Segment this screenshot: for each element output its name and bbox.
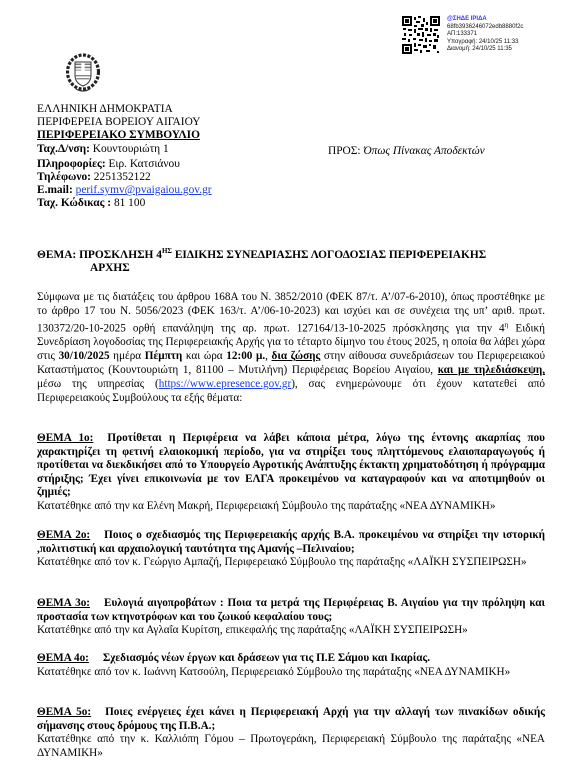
topic-question: Ποιες ενέργειες έχει κάνει η Περιφερειακ…: [37, 706, 545, 732]
email-line: E.mail: perif.symv@pvaigaiou.gov.gr: [37, 184, 212, 197]
country-name: ΕΛΛΗΝΙΚΗ ΔΗΜΟΚΡΑΤΙΑ: [37, 103, 212, 116]
epresence-link[interactable]: https://www.epresence.gov.gr: [159, 378, 291, 390]
intro-text-7: μέσω της υπηρεσίας (: [37, 378, 159, 390]
topic-1: ΘΕΜΑ 1ο:Προτίθεται η Περιφέρεια να λάβει…: [37, 432, 545, 514]
teleconference-note: και με τηλεδιάσκεψη,: [438, 364, 545, 376]
address-value: Κουντουριώτη 1: [90, 143, 169, 155]
sender-header: ΕΛΛΗΝΙΚΗ ΔΗΜΟΚΡΑΤΙΑ ΠΕΡΙΦΕΡΕΙΑ ΒΟΡΕΙΟΥ Α…: [37, 103, 212, 211]
zip-value: 81 100: [111, 197, 145, 209]
info-value: Ειρ. Κατσιάνου: [106, 158, 180, 170]
intro-text-3: ημέρα: [110, 350, 145, 362]
phone-label: Τηλέφωνο:: [37, 171, 91, 183]
meeting-date: 30/10/2025: [59, 350, 110, 362]
subject-rest: ΕΙΔΙΚΗΣ ΣΥΝΕΔΡΙΑΣΗΣ ΛΟΓΟΔΟΣΙΑΣ ΠΕΡΙΦΕΡΕΙ…: [172, 249, 486, 261]
topic-3: ΘΕΜΑ 3ο:Ευλογιά αιγοπροβάτων : Ποια τα μ…: [37, 597, 545, 638]
digital-signature-stamp: @ΣΗΔΕ ΙΡΙΔΑ 68fb3936246072edb8880f2c ΑΠ:…: [447, 16, 523, 54]
topic-submitted-by: Κατατέθηκε από την κα Ελένη Μακρή, Περιφ…: [37, 500, 545, 514]
subject-heading: ΘΕΜΑ: ΠΡΟΣΚΛΗΣΗ 4ΗΣ ΕΙΔΙΚΗΣ ΣΥΝΕΔΡΙΑΣΗΣ …: [37, 245, 486, 275]
meeting-time: 12:00 μ.: [226, 350, 265, 362]
stamp-brand: @ΣΗΔΕ ΙΡΙΔΑ: [447, 16, 523, 24]
topic-5: ΘΕΜΑ 5ο:Ποιες ενέργειες έχει κάνει η Περ…: [37, 706, 545, 760]
recipient-label: ΠΡΟΣ:: [328, 145, 363, 157]
zip-line: Ταχ. Κώδικας : 81 100: [37, 197, 212, 210]
topic-label: ΘΕΜΑ 4ο:: [37, 652, 89, 664]
topic-submitted-by: Κατατέθηκε από την κ. Καλλιόπη Γόμου – Π…: [37, 733, 545, 760]
zip-label: Ταχ. Κώδικας :: [37, 197, 111, 209]
address-label: Ταχ.Δ/νση:: [37, 143, 90, 155]
topic-question: Προτίθεται η Περιφέρεια να λάβει κάποια …: [37, 432, 545, 498]
topic-question: Ευλογιά αιγοπροβάτων : Ποια τα μετρά της…: [37, 597, 545, 623]
topic-submitted-by: Κατατέθηκε από την κα Αγλαΐα Κυρίτση, επ…: [37, 624, 545, 638]
topic-label: ΘΕΜΑ 5ο:: [37, 706, 91, 718]
topic-4: ΘΕΜΑ 4ο:Σχεδιασμός νέων έργων και δράσεω…: [37, 652, 545, 679]
info-line: Πληροφορίες: Ειρ. Κατσιάνου: [37, 158, 212, 171]
region-name: ΠΕΡΙΦΕΡΕΙΑ ΒΟΡΕΙΟΥ ΑΙΓΑΙΟΥ: [37, 116, 212, 129]
stamp-protocol: ΑΠ:133371: [447, 31, 523, 39]
phone-value: 2251352122: [91, 171, 151, 183]
stamp-hash: 68fb3936246072edb8880f2c: [447, 24, 523, 32]
greek-coat-of-arms-icon: [66, 53, 100, 93]
intro-text-4: και ώρα: [182, 350, 226, 362]
recipient-line: ΠΡΟΣ: Όπως Πίνακας Αποδεκτών: [328, 145, 485, 157]
email-link[interactable]: perif.symv@pvaigaiou.gov.gr: [76, 184, 212, 196]
email-label: E.mail:: [37, 184, 73, 196]
subject-line2: ΑΡΧΗΣ: [37, 262, 486, 275]
topic-label: ΘΕΜΑ 3ο:: [37, 597, 90, 609]
topic-label: ΘΕΜΑ 1ο:: [37, 432, 93, 444]
recipient-value: Όπως Πίνακας Αποδεκτών: [363, 145, 484, 157]
topic-submitted-by: Κατατέθηκε από τον κ. Γεώργιο Αμπαζή, Πε…: [37, 556, 545, 570]
meeting-day: Πέμπτη: [145, 350, 182, 362]
address-line: Ταχ.Δ/νση: Κουντουριώτη 1: [37, 143, 212, 156]
topic-submitted-by: Κατατέθηκε από τον κ. Ιωάννη Κατσούλη, Π…: [37, 666, 545, 680]
topic-2: ΘΕΜΑ 2ο:Ποιος ο σχεδιασμός της Περιφερει…: [37, 529, 545, 570]
phone-line: Τηλέφωνο: 2251352122: [37, 171, 212, 184]
stamp-distributed: Διανομή: 24/10/25 11:35: [447, 46, 523, 54]
intro-paragraph: Σύμφωνα με τις διατάξεις του άρθρου 168Α…: [37, 291, 545, 406]
in-person-note: δια ζώσης: [272, 350, 321, 362]
subject-sup: ΗΣ: [162, 247, 172, 255]
subject-prefix: ΘΕΜΑ: ΠΡΟΣΚΛΗΣΗ 4: [37, 249, 162, 261]
topic-question: Ποιος ο σχεδιασμός της Περιφερειακής αρχ…: [37, 529, 545, 555]
info-label: Πληροφορίες:: [37, 158, 106, 170]
intro-text-1: Σύμφωνα με τις διατάξεις του άρθρου 168Α…: [37, 291, 545, 335]
topic-label: ΘΕΜΑ 2ο:: [37, 529, 90, 541]
council-name: ΠΕΡΙΦΕΡΕΙΑΚΟ ΣΥΜΒΟΥΛΙΟ: [37, 129, 212, 142]
topic-question: Σχεδιασμός νέων έργων και δράσεων για τι…: [103, 652, 430, 664]
qr-code-icon: [402, 16, 440, 54]
